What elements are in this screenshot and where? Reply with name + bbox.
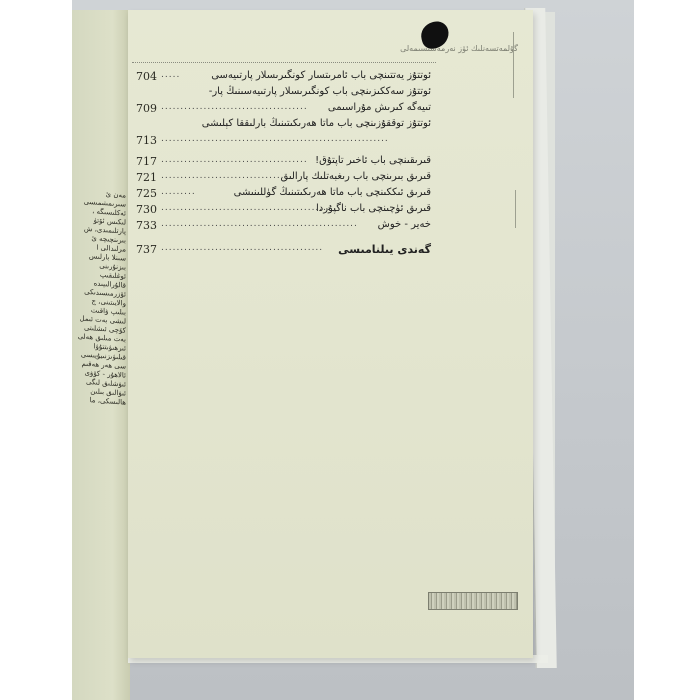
toc-entry-title: قىرىق ئىككىنچى باب ماتا ھەرىكىتىنىڭ گۈلل…	[234, 187, 431, 198]
toc-entry: 704.....ئوتتۇز يەتتىنچى باب ئامرىتسار كو…	[128, 70, 528, 86]
toc-leader-dots: ........................................…	[161, 243, 323, 253]
toc-entry: 733.....................................…	[128, 219, 528, 235]
header-rule	[132, 62, 436, 63]
toc-leader-dots: ................................	[161, 171, 285, 181]
toc-page-number: 737	[136, 243, 157, 256]
toc-leader-dots: ......................................	[161, 155, 308, 165]
toc-leader-dots: ........................................…	[161, 203, 331, 213]
toc-entry-title: تىيەگە كىرىش مۇراسىمى	[328, 102, 431, 113]
toc-entry: ئوتتۇز توققۇزىنچى باب ماتا ھەرىكىتىنىڭ ب…	[128, 118, 528, 134]
left-page-text: مەن ئسىرىمىتىمىسىئەكلىسىگە ،لىكىس ئۆتۈپا…	[78, 188, 126, 407]
toc-leader-dots: .....	[161, 70, 180, 80]
toc-leader-dots: ........................................…	[161, 134, 389, 144]
toc-page-number: 713	[136, 134, 157, 147]
toc-entry-title: ئوتتۇز يەتتىنچى باب ئامرىتسار كونگىرىسلا…	[211, 70, 431, 81]
toc-entry-title: گەندى يىلنامىسى	[338, 243, 431, 256]
footer-ornament	[428, 592, 518, 610]
toc-entry-title: خەير - خوش	[378, 219, 431, 230]
toc-entry-title: ئوتتۇز سەككىزىنچى باب كونگىرىسلار پارتىي…	[209, 86, 431, 97]
toc-leader-dots: ........................................…	[161, 219, 358, 229]
toc-page-number: 725	[136, 187, 157, 200]
toc-page-number: 730	[136, 203, 157, 216]
running-header: گۇلمەتسەنلىك ئۆز نەرمەسىسىمەلى	[288, 44, 518, 53]
toc-entry: 737.....................................…	[128, 243, 528, 259]
toc-page-number: 721	[136, 171, 157, 184]
right-page: گۇلمەتسەنلىك ئۆز نەرمەسىسىمەلى 704.....ئ…	[128, 10, 533, 658]
toc-leader-dots: .........	[161, 187, 196, 197]
toc-entry-title: قىرىق ئۈچىنچى باب ناگپۇردا	[316, 203, 431, 214]
left-page: مەن ئسىرىمىتىمىسىئەكلىسىگە ،لىكىس ئۆتۈپا…	[72, 10, 130, 700]
toc-entry-title: قىرىق بىرىنچى باب رىغبەتلىك پارالىق	[280, 171, 431, 182]
toc-entry-title: ئوتتۇز توققۇزىنچى باب ماتا ھەرىكىتىنىڭ ب…	[202, 118, 431, 129]
toc-entry: 717.....................................…	[128, 155, 528, 171]
toc-entry: 730.....................................…	[128, 203, 528, 219]
toc-entry: ئوتتۇز سەككىزىنچى باب كونگىرىسلار پارتىي…	[128, 86, 528, 102]
toc-leader-dots: ......................................	[161, 102, 308, 112]
toc-entry: 713.....................................…	[128, 134, 528, 150]
toc-page-number: 709	[136, 102, 157, 115]
toc-page-number: 733	[136, 219, 157, 232]
toc-page-number: 704	[136, 70, 157, 83]
toc-entry: 725.........قىرىق ئىككىنچى باب ماتا ھەرى…	[128, 187, 528, 203]
toc-page-number: 717	[136, 155, 157, 168]
toc-entry: 709.....................................…	[128, 102, 528, 118]
toc-entry: 721................................قىرىق…	[128, 171, 528, 187]
toc-entry-title: قىرىقىنچى باب ئاخىر تاپتۇق!	[315, 155, 431, 166]
